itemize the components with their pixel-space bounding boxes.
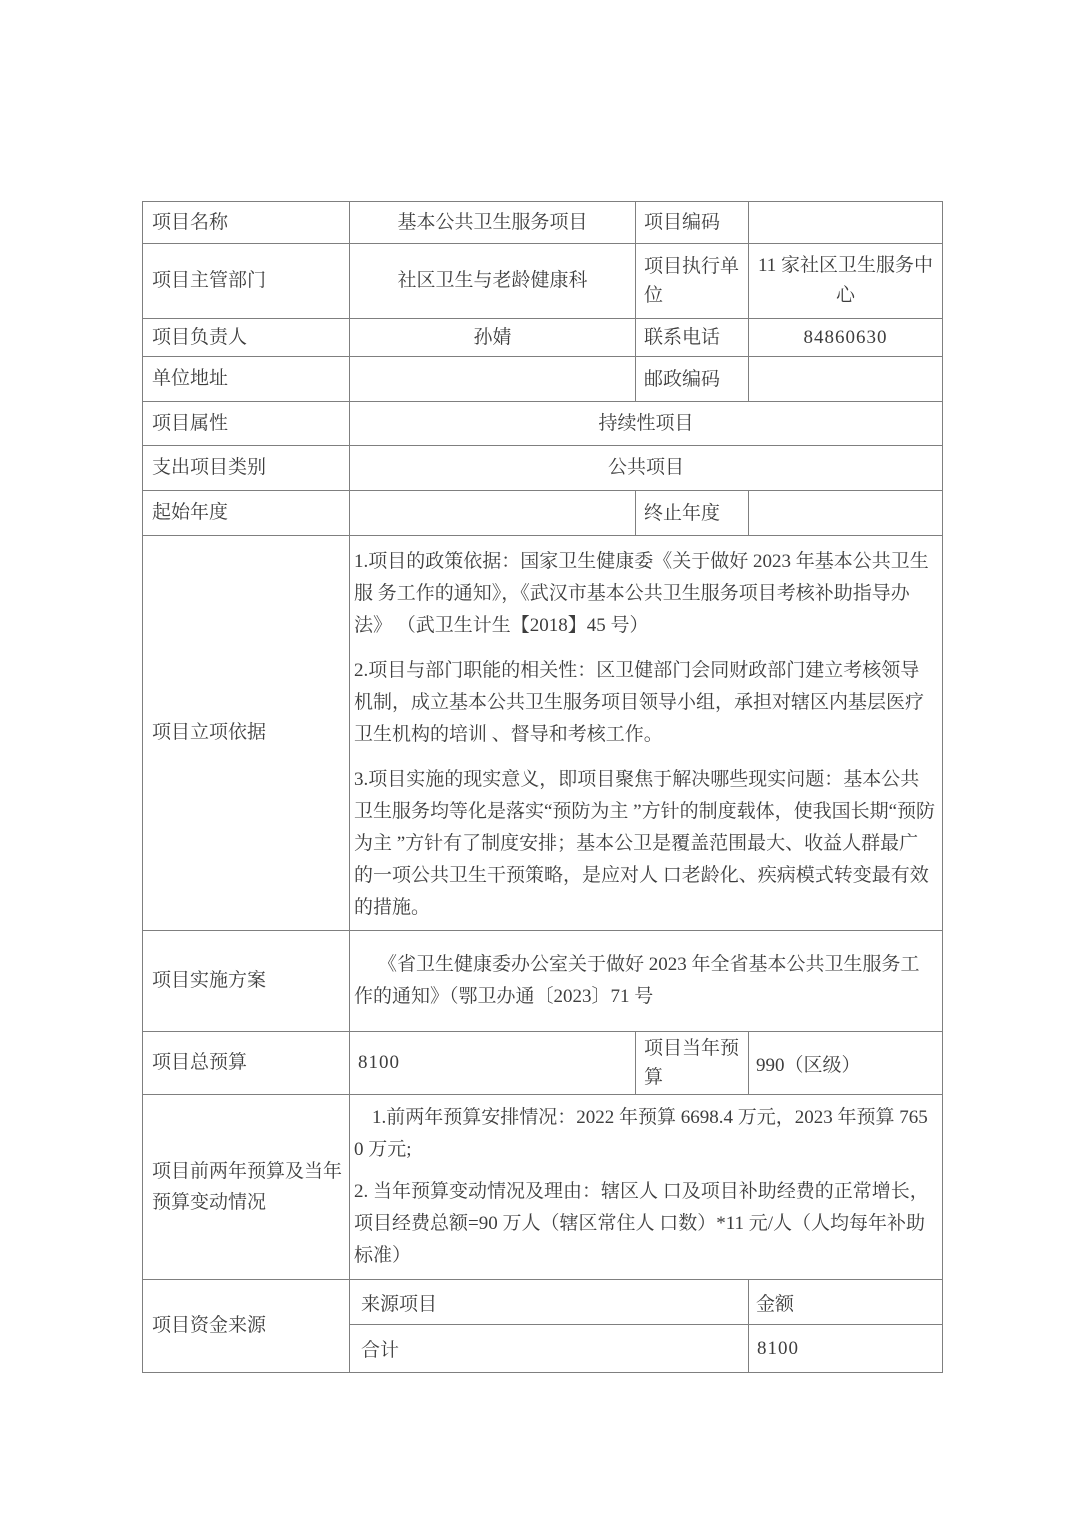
row-attribute: 项目属性 持续性项目: [143, 402, 943, 446]
row-years: 起始年度 终止年度: [143, 491, 943, 536]
phone-label: 联系电话: [636, 319, 749, 357]
plan-label: 项目实施方案: [143, 931, 350, 1032]
address-label: 单位地址: [143, 357, 350, 402]
history-label: 项目前两年预算及当年预算变动情况: [143, 1095, 350, 1280]
exec-unit-value: 11 家社区卫生服务中心: [749, 244, 943, 319]
end-year-label: 终止年度: [636, 491, 749, 536]
funding-total-label: 合计: [350, 1325, 749, 1373]
zip-label: 邮政编码: [636, 357, 749, 402]
funding-label: 项目资金来源: [143, 1280, 350, 1373]
project-form-table: 项目名称 基本公共卫生服务项目 项目编码 项目主管部门 社区卫生与老龄健康科 项…: [142, 201, 943, 1373]
end-year-value: [749, 491, 943, 536]
attribute-label: 项目属性: [143, 402, 350, 446]
row-basis: 项目立项依据 1.项目的政策依据：国家卫生健康委《关于做好 2023 年基本公共…: [143, 536, 943, 931]
category-value: 公共项目: [350, 446, 943, 491]
row-dept: 项目主管部门 社区卫生与老龄健康科 项目执行单位 11 家社区卫生服务中心: [143, 244, 943, 319]
basis-text: 1.项目的政策依据：国家卫生健康委《关于做好 2023 年基本公共卫生服 务工作…: [350, 536, 943, 931]
row-budget: 项目总预算 8100 项目当年预算 990（区级）: [143, 1032, 943, 1095]
budget-value: 8100: [350, 1032, 636, 1095]
basis-paragraph-1: 1.项目的政策依据：国家卫生健康委《关于做好 2023 年基本公共卫生服 务工作…: [354, 546, 937, 642]
plan-paragraph: 《省卫生健康委办公室关于做好 2023 年全省基本公共卫生服务工作的通知》（鄂卫…: [354, 949, 936, 1013]
funding-total-value: 8100: [749, 1325, 943, 1373]
row-category: 支出项目类别 公共项目: [143, 446, 943, 491]
plan-text: 《省卫生健康委办公室关于做好 2023 年全省基本公共卫生服务工作的通知》（鄂卫…: [350, 931, 943, 1032]
funding-source-col-header: 来源项目: [350, 1280, 749, 1325]
project-code-value: [749, 202, 943, 244]
start-year-value: [350, 491, 636, 536]
row-address: 单位地址 邮政编码: [143, 357, 943, 402]
year-budget-label: 项目当年预算: [636, 1032, 749, 1095]
history-paragraph-1: 1.前两年预算安排情况：2022 年预算 6698.4 万元，2023 年预算 …: [354, 1102, 936, 1166]
dept-label: 项目主管部门: [143, 244, 350, 319]
project-name-value: 基本公共卫生服务项目: [350, 202, 636, 244]
start-year-label: 起始年度: [143, 491, 350, 536]
document-page: 项目名称 基本公共卫生服务项目 项目编码 项目主管部门 社区卫生与老龄健康科 项…: [0, 0, 1074, 1520]
attribute-value: 持续性项目: [350, 402, 943, 446]
project-name-label: 项目名称: [143, 202, 350, 244]
row-leader: 项目负责人 孙婧 联系电话 84860630: [143, 319, 943, 357]
dept-value: 社区卫生与老龄健康科: [350, 244, 636, 319]
row-project-name: 项目名称 基本公共卫生服务项目 项目编码: [143, 202, 943, 244]
basis-paragraph-3: 3.项目实施的现实意义，即项目聚焦于解决哪些现实问题：基本公共卫生服务均等化是落…: [354, 764, 937, 924]
category-label: 支出项目类别: [143, 446, 350, 491]
history-paragraph-2: 2. 当年预算变动情况及理由：辖区人 口及项目补助经费的正常增长， 项目经费总额…: [354, 1176, 936, 1272]
exec-unit-label: 项目执行单位: [636, 244, 749, 319]
budget-label: 项目总预算: [143, 1032, 350, 1095]
row-funding-header: 项目资金来源 来源项目 金额: [143, 1280, 943, 1325]
row-plan: 项目实施方案 《省卫生健康委办公室关于做好 2023 年全省基本公共卫生服务工作…: [143, 931, 943, 1032]
basis-paragraph-2: 2.项目与部门职能的相关性：区卫健部门会同财政部门建立考核领导机制，成立基本公共…: [354, 655, 937, 751]
basis-label: 项目立项依据: [143, 536, 350, 931]
zip-value: [749, 357, 943, 402]
address-value: [350, 357, 636, 402]
phone-value: 84860630: [749, 319, 943, 357]
row-history: 项目前两年预算及当年预算变动情况 1.前两年预算安排情况：2022 年预算 66…: [143, 1095, 943, 1280]
history-text: 1.前两年预算安排情况：2022 年预算 6698.4 万元，2023 年预算 …: [350, 1095, 943, 1280]
funding-amount-col-header: 金额: [749, 1280, 943, 1325]
leader-label: 项目负责人: [143, 319, 350, 357]
year-budget-value: 990（区级）: [749, 1032, 943, 1095]
project-code-label: 项目编码: [636, 202, 749, 244]
leader-value: 孙婧: [350, 319, 636, 357]
